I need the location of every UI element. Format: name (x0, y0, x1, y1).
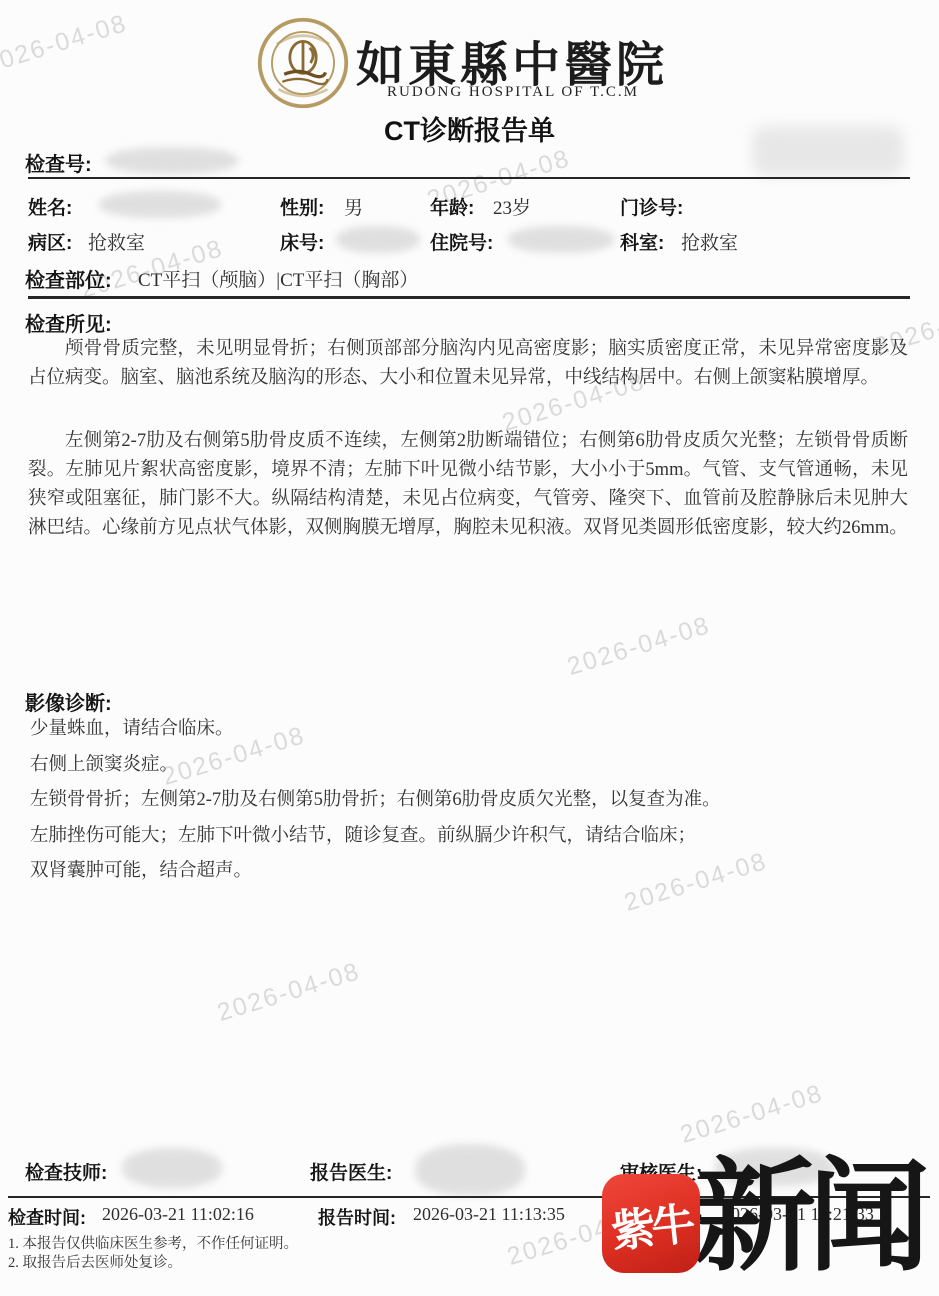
age-label: 年龄: (430, 193, 474, 220)
exam-site-value: CT平扫（颅脑）|CT平扫（胸部） (138, 265, 418, 292)
diagnosis-line: 右侧上颌窦炎症。 (30, 748, 910, 784)
report-time-label: 报告时间: (318, 1204, 396, 1230)
diagnosis-line: 双肾囊肿可能，结合超声。 (30, 854, 910, 890)
exam-time-value: 2026-03-21 11:02:16 (102, 1204, 254, 1225)
ct-report-document: 2026-04-08 2026-04-08 2026-04-08 2026-04… (0, 0, 939, 1296)
report-title: CT诊断报告单 (0, 109, 939, 148)
report-time-value: 2026-03-21 11:13:35 (413, 1204, 565, 1225)
diagnosis-line: 左锁骨骨折；左侧第2-7肋及右侧第5肋骨折；右侧第6肋骨皮质欠光整，以复查为准。 (30, 783, 910, 819)
ziniu-icon-text: 紫牛 (608, 1187, 694, 1259)
redacted-bed-no (336, 226, 420, 253)
age-value: 23岁 (493, 193, 531, 220)
date-watermark: 2026-04-08 (564, 611, 714, 682)
redacted-report-doctor (415, 1144, 525, 1196)
exam-time-label: 检查时间: (8, 1204, 86, 1230)
findings-paragraph-2: 左侧第2-7肋及右侧第5肋骨皮质不连续，左侧第2肋断端错位；右侧第6肋骨皮质欠光… (28, 427, 908, 543)
exam-no-label: 检查号: (25, 148, 92, 177)
footnote-1: 1. 本报告仅供临床医生参考，不作任何证明。 (8, 1232, 298, 1253)
gender-label: 性别: (280, 193, 324, 220)
redacted-exam-no (106, 147, 238, 174)
findings-heading: 检查所见: (25, 308, 112, 337)
hospital-logo-icon (256, 16, 350, 110)
redacted-name (99, 191, 221, 218)
redacted-admission-no (508, 226, 614, 253)
bed-no-label: 床号: (280, 228, 324, 255)
gender-value: 男 (344, 193, 363, 220)
hospital-name-en: RUDONG HOSPITAL OF T.C.M (348, 84, 678, 101)
diagnosis-line: 左肺挫伤可能大；左肺下叶微小结节，随诊复查。前纵膈少许积气，请结合临床； (30, 819, 910, 855)
divider-line (28, 177, 910, 179)
ziniu-news-icon: 紫牛 (602, 1174, 700, 1273)
diagnosis-line: 少量蛛血，请结合临床。 (30, 712, 910, 748)
diagnosis-list: 少量蛛血，请结合临床。 右侧上颌窦炎症。 左锁骨骨折；左侧第2-7肋及右侧第5肋… (30, 712, 910, 890)
date-watermark: 2026-04-08 (0, 9, 131, 80)
date-watermark: 2026-04-08 (214, 957, 364, 1028)
report-doctor-label: 报告医生: (310, 1158, 392, 1185)
outpatient-no-label: 门诊号: (620, 193, 683, 220)
ward-label: 病区: (28, 228, 72, 255)
dept-value: 抢救室 (681, 228, 738, 255)
exam-site-label: 检查部位: (25, 264, 112, 293)
ward-value: 抢救室 (88, 228, 145, 255)
dept-label: 科室: (620, 228, 664, 255)
admission-no-label: 住院号: (430, 228, 493, 255)
news-wordmark: 新闻 (694, 1152, 922, 1286)
date-watermark: 2026-04-08 (677, 1079, 827, 1150)
redacted-technician (122, 1148, 222, 1188)
name-label: 姓名: (28, 193, 72, 220)
technician-label: 检查技师: (25, 1158, 107, 1185)
findings-paragraph-1: 颅骨骨质完整，未见明显骨折；右侧顶部部分脑沟内见高密度影；脑实质密度正常，未见异… (28, 335, 908, 393)
divider-line-thick (28, 296, 910, 299)
footnote-2: 2. 取报告后去医师处复诊。 (8, 1251, 182, 1272)
